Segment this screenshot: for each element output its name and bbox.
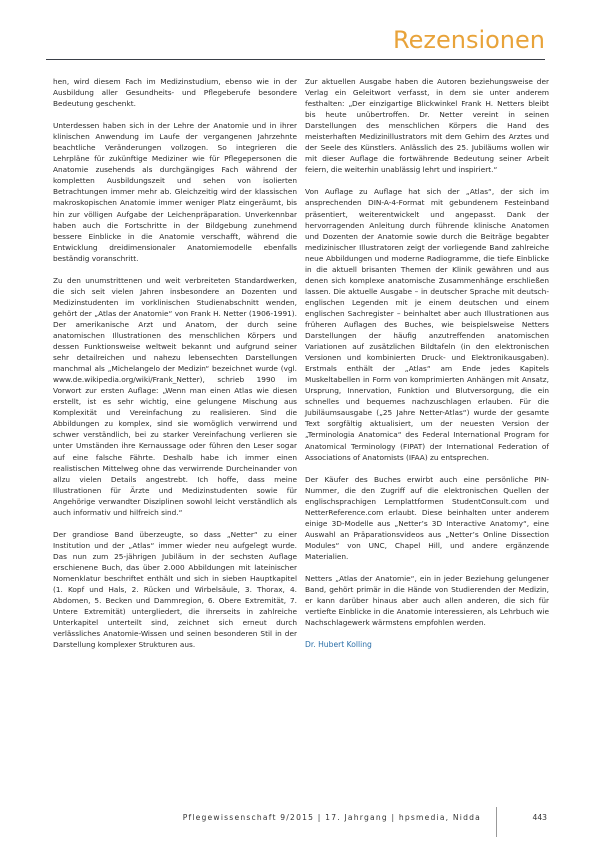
header-divider: [46, 59, 545, 60]
paragraph: Unterdessen haben sich in der Lehre der …: [53, 120, 297, 264]
page-number: 443: [533, 813, 548, 822]
footer-divider: [496, 807, 497, 837]
paragraph: Der grandiose Band überzeugte, so dass „…: [53, 529, 297, 651]
left-column: hen, wird diesem Fach im Medizinstudium,…: [53, 76, 297, 661]
section-title: Rezensionen: [393, 26, 545, 54]
paragraph: Netters „Atlas der Anatomie“, ein in jed…: [305, 573, 549, 628]
paragraph: Zur aktuellen Ausgabe haben die Autoren …: [305, 76, 549, 175]
page-footer: Pflegewissenschaft 9/2015 | 17. Jahrgang…: [150, 813, 559, 837]
paragraph: Zu den unumstrittenen und weit verbreite…: [53, 275, 297, 518]
paragraph: Der Käufer des Buches erwirbt auch eine …: [305, 474, 549, 562]
right-column: Zur aktuellen Ausgabe haben die Autoren …: [305, 76, 549, 650]
publication-info: Pflegewissenschaft 9/2015 | 17. Jahrgang…: [183, 813, 481, 822]
author-name: Dr. Hubert Kolling: [305, 639, 549, 650]
paragraph: Von Auflage zu Auflage hat sich der „Atl…: [305, 186, 549, 462]
paragraph: hen, wird diesem Fach im Medizinstudium,…: [53, 76, 297, 109]
